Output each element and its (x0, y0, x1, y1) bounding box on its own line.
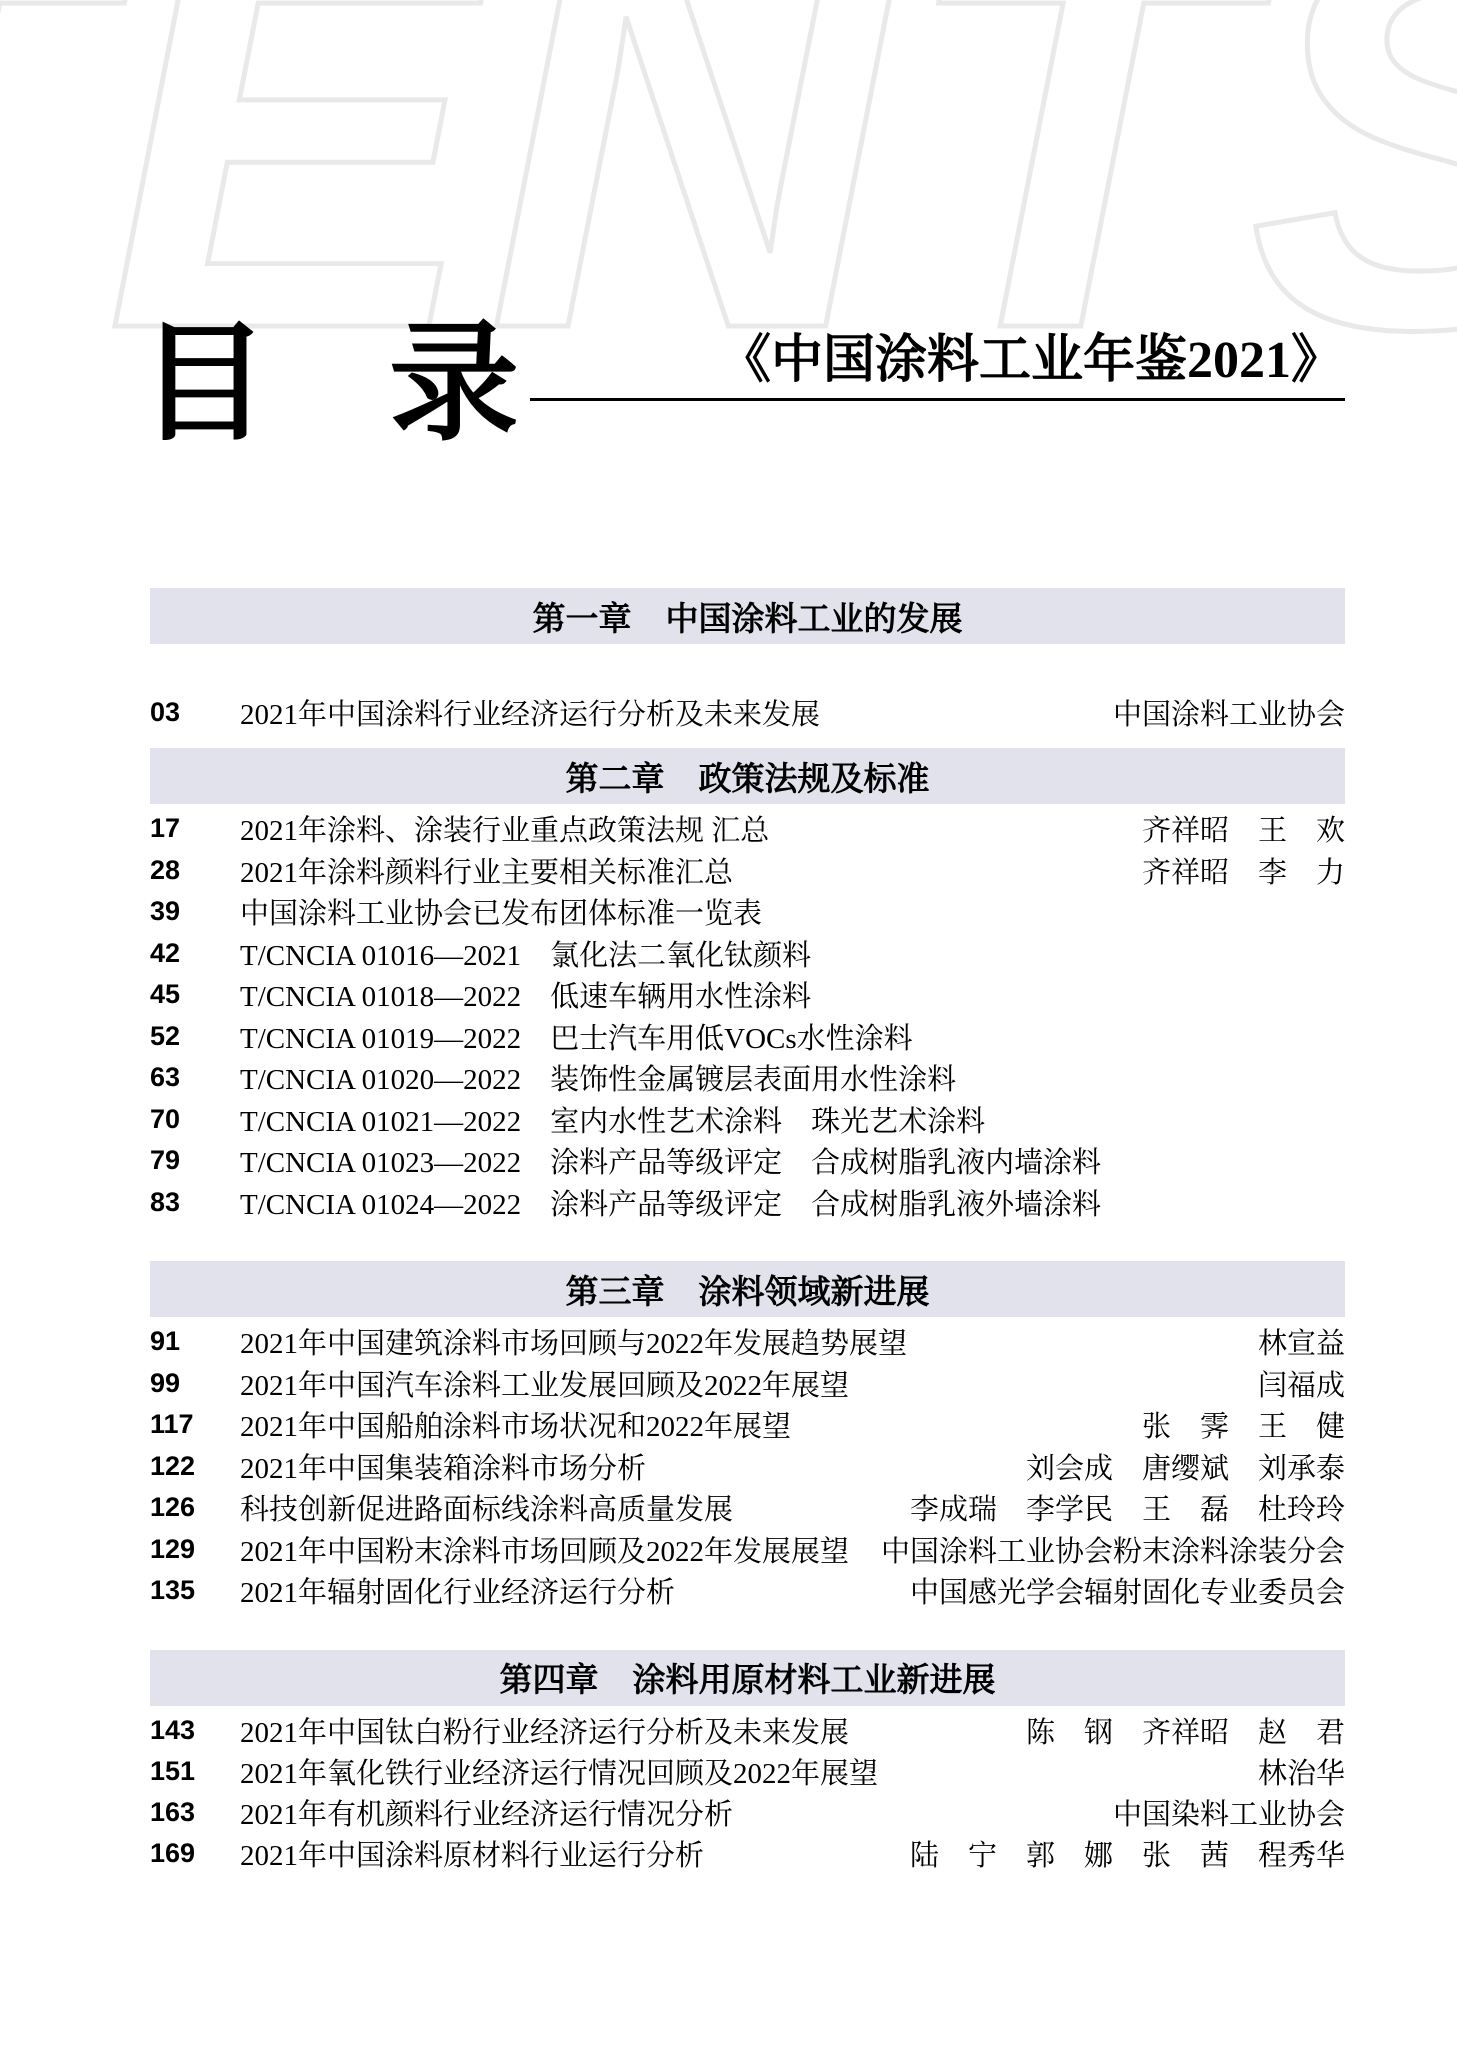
entry-page-number: 122 (150, 1451, 240, 1482)
chapter-number: 第四章 (500, 1654, 599, 1701)
entry-page-number: 117 (150, 1409, 240, 1440)
page-title: 目 录 (139, 318, 519, 448)
entry-title: T/CNCIA 01020—2022 装饰性金属镀层表面用水性涂料 (240, 1057, 956, 1098)
entry-authors: 中国染料工业协会 (1113, 1792, 1345, 1833)
toc-entry-row: 172021年涂料、涂装行业重点政策法规 汇总齐祥昭 王 欢 (150, 808, 1345, 850)
entry-page-number: 135 (150, 1575, 240, 1606)
entry-title: 2021年中国建筑涂料市场回顾与2022年发展趋势展望 (240, 1321, 907, 1362)
book-title: 《中国涂料工业年鉴2021》 (719, 332, 1343, 390)
entry-title: 2021年氧化铁行业经济运行情况回顾及2022年展望 (240, 1751, 878, 1792)
entry-title: 2021年中国船舶涂料市场状况和2022年展望 (240, 1404, 791, 1445)
toc-entry-row: 126科技创新促进路面标线涂料高质量发展李成瑞 李学民 王 磊 杜玲玲 (150, 1487, 1345, 1529)
toc-entry-row: 42T/CNCIA 01016—2021 氯化法二氧化钛颜料 (150, 933, 1345, 975)
chapter-section: 第四章涂料用原材料工业新进展1432021年中国钛白粉行业经济运行分析及未来发展… (150, 1650, 1345, 1874)
entry-authors: 张 霁 王 健 (1142, 1404, 1345, 1445)
entry-page-number: 129 (150, 1534, 240, 1565)
entry-title: 2021年中国集装箱涂料市场分析 (240, 1446, 646, 1487)
chapter-header-bar: 第三章涂料领域新进展 (150, 1261, 1345, 1317)
entry-authors: 齐祥昭 王 欢 (1142, 808, 1345, 849)
entry-title: 2021年中国粉末涂料市场回顾及2022年发展展望 (240, 1529, 849, 1570)
entry-list: 1432021年中国钛白粉行业经济运行分析及未来发展陈 钢 齐祥昭 赵 君151… (150, 1710, 1345, 1874)
entry-list: 172021年涂料、涂装行业重点政策法规 汇总齐祥昭 王 欢282021年涂料颜… (150, 808, 1345, 1223)
entry-page-number: 91 (150, 1326, 240, 1357)
toc-entry-row: 83T/CNCIA 01024—2022 涂料产品等级评定 合成树脂乳液外墙涂料 (150, 1182, 1345, 1224)
chapter-number: 第一章 (533, 593, 632, 640)
entry-title: T/CNCIA 01023—2022 涂料产品等级评定 合成树脂乳液内墙涂料 (240, 1140, 1101, 1181)
entry-page-number: 42 (150, 938, 240, 969)
entry-title: T/CNCIA 01024—2022 涂料产品等级评定 合成树脂乳液外墙涂料 (240, 1182, 1101, 1223)
chapter-title: 政策法规及标准 (699, 753, 930, 800)
chapter-title: 涂料领域新进展 (699, 1266, 930, 1313)
entry-page-number: 63 (150, 1062, 240, 1093)
entry-authors: 李成瑞 李学民 王 磊 杜玲玲 (910, 1487, 1345, 1528)
toc-entry-row: 032021年中国涂料行业经济运行分析及未来发展中国涂料工业协会 (150, 690, 1345, 734)
toc-entry-row: 79T/CNCIA 01023—2022 涂料产品等级评定 合成树脂乳液内墙涂料 (150, 1140, 1345, 1182)
toc-entry-row: 1172021年中国船舶涂料市场状况和2022年展望张 霁 王 健 (150, 1404, 1345, 1446)
entry-page-number: 03 (150, 697, 240, 728)
chapter-number: 第二章 (566, 753, 665, 800)
entry-list: 032021年中国涂料行业经济运行分析及未来发展中国涂料工业协会 (150, 690, 1345, 734)
header-rule (530, 398, 1345, 401)
toc-page: TENTS 目 录 《中国涂料工业年鉴2021》 第一章中国涂料工业的发展032… (0, 0, 1457, 2048)
entry-title: T/CNCIA 01018—2022 低速车辆用水性涂料 (240, 974, 811, 1015)
entry-authors: 中国涂料工业协会 (1113, 692, 1345, 733)
entry-page-number: 17 (150, 813, 240, 844)
entry-title: T/CNCIA 01021—2022 室内水性艺术涂料 珠光艺术涂料 (240, 1099, 985, 1140)
entry-title: 2021年中国涂料原材料行业运行分析 (240, 1833, 704, 1874)
toc-entry-row: 45T/CNCIA 01018—2022 低速车辆用水性涂料 (150, 974, 1345, 1016)
entry-title: 2021年中国汽车涂料工业发展回顾及2022年展望 (240, 1363, 849, 1404)
entry-page-number: 45 (150, 979, 240, 1010)
chapter-title: 中国涂料工业的发展 (666, 593, 963, 640)
entry-page-number: 28 (150, 855, 240, 886)
entry-page-number: 169 (150, 1838, 240, 1869)
toc-entry-row: 39中国涂料工业协会已发布团体标准一览表 (150, 891, 1345, 933)
entry-title: 2021年中国钛白粉行业经济运行分析及未来发展 (240, 1710, 849, 1751)
entry-page-number: 39 (150, 896, 240, 927)
toc-entry-row: 1632021年有机颜料行业经济运行情况分析中国染料工业协会 (150, 1792, 1345, 1833)
entry-authors: 陈 钢 齐祥昭 赵 君 (1026, 1710, 1345, 1751)
entry-authors: 闫福成 (1258, 1363, 1345, 1404)
chapter-section: 第二章政策法规及标准172021年涂料、涂装行业重点政策法规 汇总齐祥昭 王 欢… (150, 748, 1345, 1223)
chapter-section: 第三章涂料领域新进展912021年中国建筑涂料市场回顾与2022年发展趋势展望林… (150, 1261, 1345, 1612)
entry-authors: 刘会成 唐缨斌 刘承泰 (1026, 1446, 1345, 1487)
entry-title: 2021年中国涂料行业经济运行分析及未来发展 (240, 692, 820, 733)
chapter-number: 第三章 (566, 1266, 665, 1313)
chapter-header-bar: 第四章涂料用原材料工业新进展 (150, 1650, 1345, 1706)
entry-authors: 齐祥昭 李 力 (1142, 850, 1345, 891)
entry-page-number: 99 (150, 1368, 240, 1399)
entry-page-number: 70 (150, 1104, 240, 1135)
toc-entry-row: 52T/CNCIA 01019—2022 巴士汽车用低VOCs水性涂料 (150, 1016, 1345, 1058)
toc-entry-row: 1512021年氧化铁行业经济运行情况回顾及2022年展望林治华 (150, 1751, 1345, 1792)
entry-list: 912021年中国建筑涂料市场回顾与2022年发展趋势展望林宣益992021年中… (150, 1321, 1345, 1612)
chapter-section: 第一章中国涂料工业的发展032021年中国涂料行业经济运行分析及未来发展中国涂料… (150, 588, 1345, 734)
entry-title: 中国涂料工业协会已发布团体标准一览表 (240, 891, 762, 932)
entry-title: T/CNCIA 01016—2021 氯化法二氧化钛颜料 (240, 933, 811, 974)
entry-title: T/CNCIA 01019—2022 巴士汽车用低VOCs水性涂料 (240, 1016, 913, 1057)
chapter-header-bar: 第二章政策法规及标准 (150, 748, 1345, 804)
toc-char-lu: 录 (389, 318, 519, 448)
content: 第一章中国涂料工业的发展032021年中国涂料行业经济运行分析及未来发展中国涂料… (150, 588, 1345, 1874)
entry-title: 2021年辐射固化行业经济运行分析 (240, 1570, 675, 1611)
entry-authors: 中国感光学会辐射固化专业委员会 (910, 1570, 1345, 1611)
toc-entry-row: 1352021年辐射固化行业经济运行分析中国感光学会辐射固化专业委员会 (150, 1570, 1345, 1612)
toc-entry-row: 1292021年中国粉末涂料市场回顾及2022年发展展望中国涂料工业协会粉末涂料… (150, 1529, 1345, 1571)
entry-page-number: 83 (150, 1187, 240, 1218)
entry-page-number: 52 (150, 1021, 240, 1052)
entry-authors: 林治华 (1258, 1751, 1345, 1792)
toc-entry-row: 912021年中国建筑涂料市场回顾与2022年发展趋势展望林宣益 (150, 1321, 1345, 1363)
toc-entry-row: 992021年中国汽车涂料工业发展回顾及2022年展望闫福成 (150, 1363, 1345, 1405)
entry-authors: 陆 宁 郭 娜 张 茜 程秀华 (910, 1833, 1345, 1874)
entry-page-number: 126 (150, 1492, 240, 1523)
toc-entry-row: 1692021年中国涂料原材料行业运行分析陆 宁 郭 娜 张 茜 程秀华 (150, 1833, 1345, 1874)
entry-authors: 林宣益 (1258, 1321, 1345, 1362)
toc-entry-row: 63T/CNCIA 01020—2022 装饰性金属镀层表面用水性涂料 (150, 1057, 1345, 1099)
chapter-header-bar: 第一章中国涂料工业的发展 (150, 588, 1345, 644)
toc-entry-row: 1222021年中国集装箱涂料市场分析刘会成 唐缨斌 刘承泰 (150, 1446, 1345, 1488)
entry-title: 科技创新促进路面标线涂料高质量发展 (240, 1487, 733, 1528)
entry-page-number: 143 (150, 1715, 240, 1746)
entry-title: 2021年有机颜料行业经济运行情况分析 (240, 1792, 733, 1833)
chapter-title: 涂料用原材料工业新进展 (633, 1654, 996, 1701)
entry-page-number: 151 (150, 1756, 240, 1787)
toc-entry-row: 1432021年中国钛白粉行业经济运行分析及未来发展陈 钢 齐祥昭 赵 君 (150, 1710, 1345, 1751)
toc-entry-row: 282021年涂料颜料行业主要相关标准汇总齐祥昭 李 力 (150, 850, 1345, 892)
entry-page-number: 79 (150, 1145, 240, 1176)
toc-entry-row: 70T/CNCIA 01021—2022 室内水性艺术涂料 珠光艺术涂料 (150, 1099, 1345, 1141)
entry-title: 2021年涂料颜料行业主要相关标准汇总 (240, 850, 733, 891)
entry-title: 2021年涂料、涂装行业重点政策法规 汇总 (240, 808, 769, 849)
toc-char-mu: 目 (139, 318, 269, 448)
entry-page-number: 163 (150, 1797, 240, 1828)
entry-authors: 中国涂料工业协会粉末涂料涂装分会 (881, 1529, 1345, 1570)
